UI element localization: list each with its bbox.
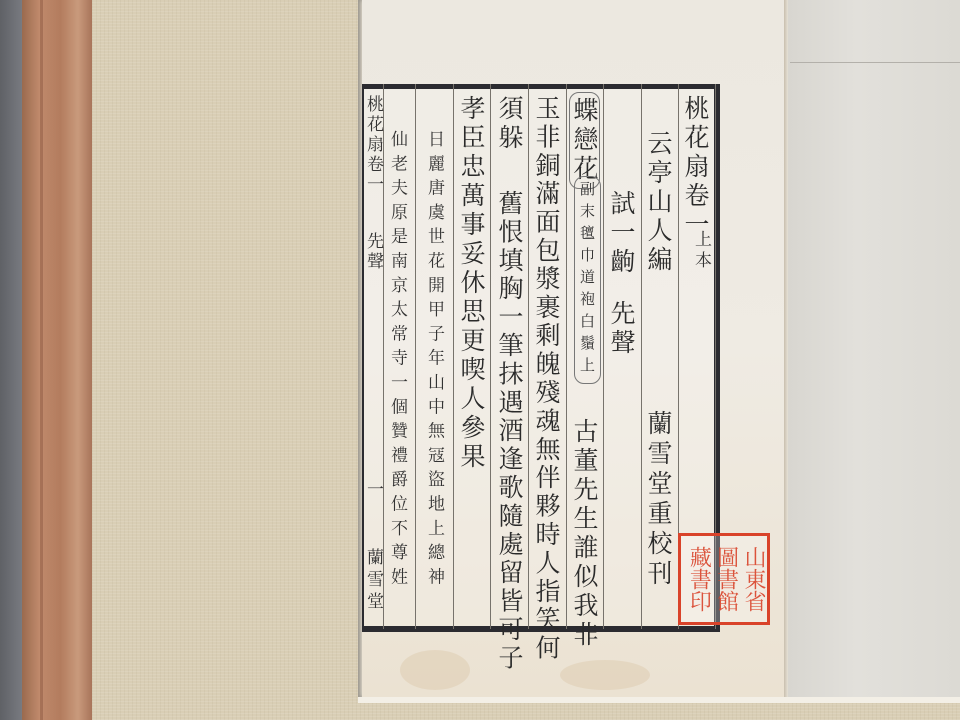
column-rule	[490, 84, 491, 629]
column-rule	[603, 84, 604, 629]
book-title: 桃花扇卷一	[683, 95, 708, 240]
prose-line: 日麗唐虞世花開甲子年山中無冦盜地上總神	[425, 130, 442, 592]
seal-text: 山東省	[739, 539, 764, 619]
wooden-frame	[22, 0, 92, 720]
wall-background	[0, 0, 22, 720]
column-rule	[528, 84, 529, 629]
book-page-right	[788, 0, 960, 697]
verse-line: 孝臣忠萬事妥休思更喫人參果	[459, 95, 484, 472]
author-credit: 云亭山人編	[646, 130, 671, 275]
paper-stain	[560, 660, 650, 690]
margin-page-number: 一	[364, 480, 381, 503]
column-rule	[566, 84, 567, 629]
column-rule	[453, 84, 454, 629]
column-rule	[383, 84, 384, 629]
stage-direction: 副末氊巾道袍白鬚上	[574, 176, 601, 384]
volume-part: 上本	[692, 230, 709, 272]
seal-text: 藏書印	[684, 539, 709, 619]
margin-title: 桃花扇卷一	[364, 95, 381, 195]
paper-stain	[400, 650, 470, 690]
verse-line: 古董先生誰似我非	[572, 418, 597, 650]
seal-text: 圖書館	[711, 539, 736, 619]
margin-section: 先聲	[364, 232, 381, 272]
publisher-credit: 蘭雪堂重校刊	[646, 410, 671, 590]
column-rule	[415, 84, 416, 629]
act-name: 先聲	[609, 300, 634, 358]
page-crease	[790, 62, 960, 63]
act-title: 試一齣	[609, 190, 634, 277]
mat-window-bevel	[358, 697, 960, 703]
tune-name: 蝶戀花	[569, 92, 600, 189]
column-rule	[641, 84, 642, 629]
verse-line: 須躲	[497, 95, 522, 153]
prose-line: 仙老夫原是南京太常寺一個贊禮爵位不尊姓	[388, 130, 405, 592]
verse-line: 玉非銅滿面包漿裹剩魄殘魂無伴夥時人指笑何	[534, 95, 559, 663]
red-seal-stamp: 藏書印 圖書館 山東省	[678, 533, 770, 625]
verse-line: 舊恨填胸一筆抹遇酒逢歌隨處留皆可子	[497, 190, 522, 673]
margin-publisher: 蘭雪堂	[364, 548, 381, 614]
